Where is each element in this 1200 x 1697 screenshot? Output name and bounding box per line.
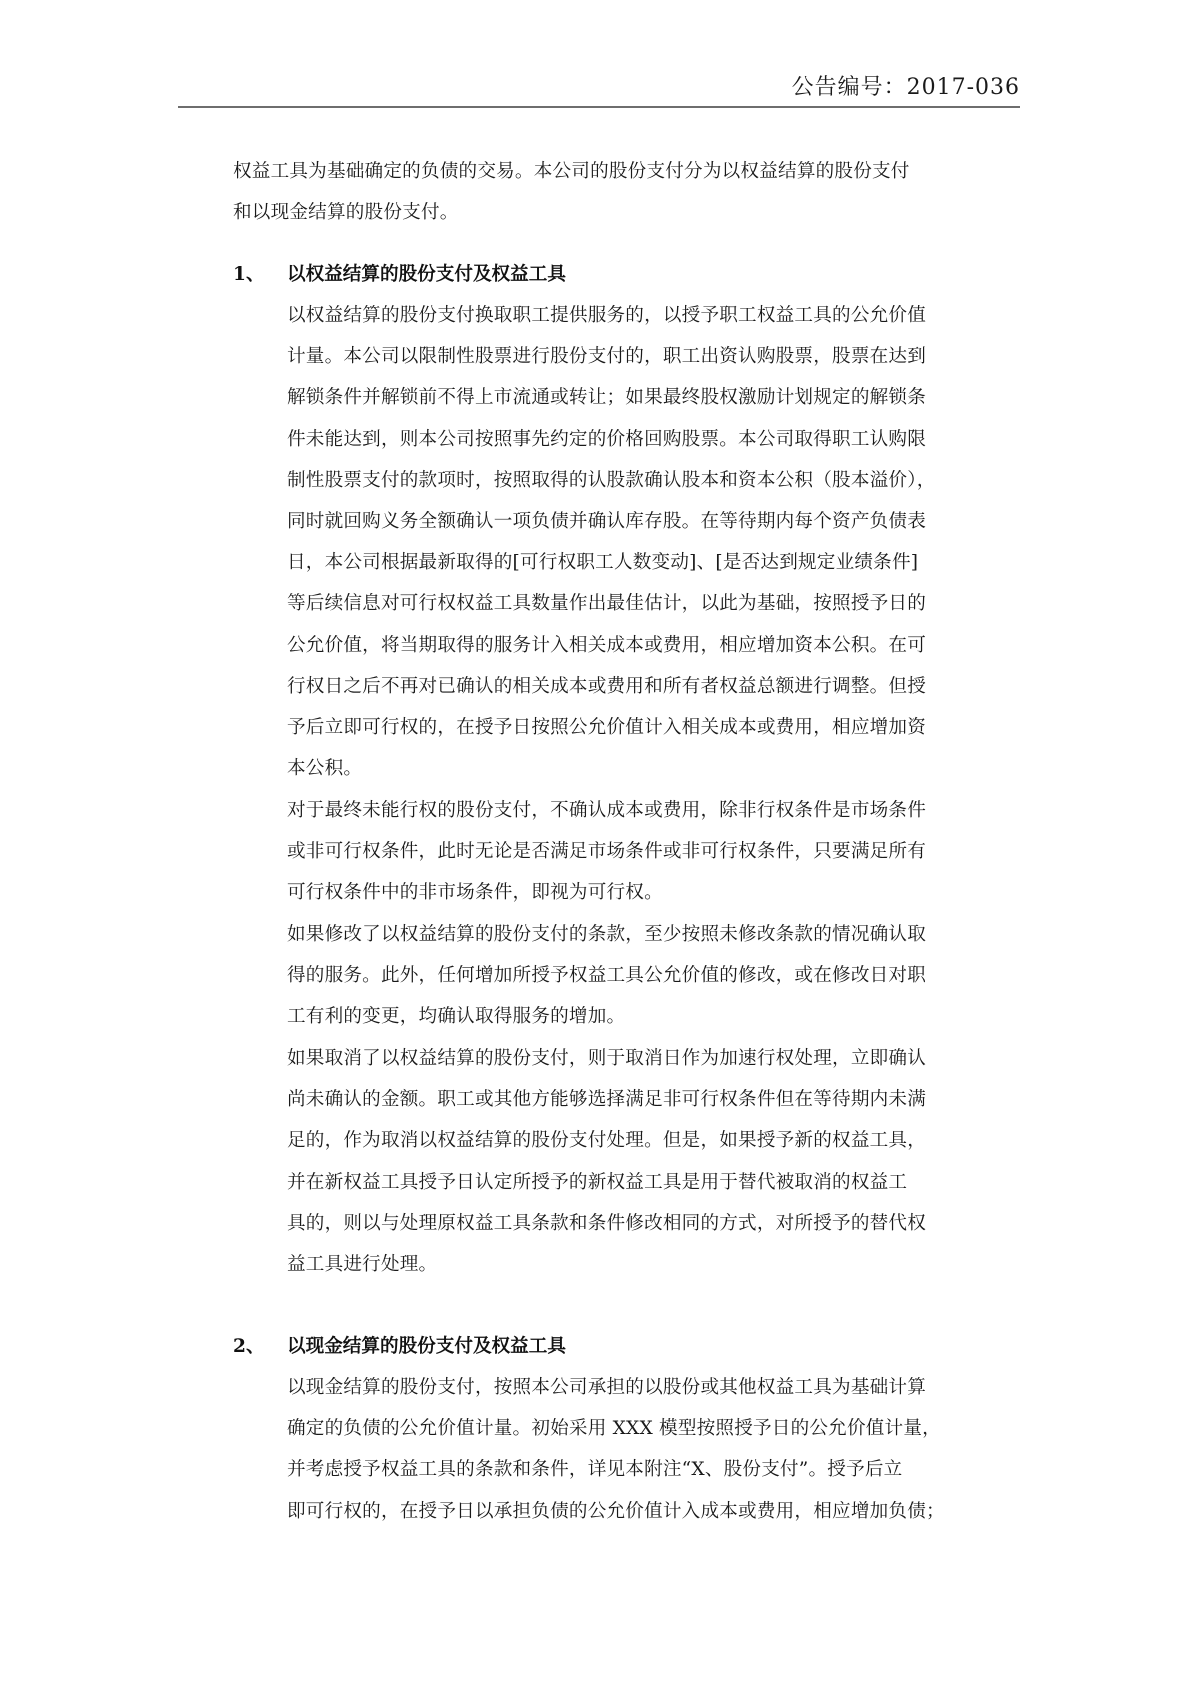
text-line: 工有利的变更，均确认取得服务的增加。 (287, 996, 1020, 1037)
text-line: 同时就回购义务全额确认一项负债并确认库存股。在等待期内每个资产负债表 (287, 501, 1020, 542)
section-1-paragraph-2: 对于最终未能行权的股份支付，不确认成本或费用，除非行权条件是市场条件 或非可行权… (287, 790, 1020, 914)
text-line: 具的，则以与处理原权益工具条款和条件修改相同的方式，对所授予的替代权 (287, 1203, 1020, 1244)
text-line: 对于最终未能行权的股份支付，不确认成本或费用，除非行权条件是市场条件 (287, 790, 1020, 831)
section-number: 2、 (233, 1326, 265, 1367)
section-2-paragraph-1: 以现金结算的股份支付，按照本公司承担的以股份或其他权益工具为基础计算 确定的负债… (287, 1367, 1020, 1532)
intro-paragraph: 权益工具为基础确定的负债的交易。本公司的股份支付分为以权益结算的股份支付 和以现… (233, 151, 1020, 233)
text-line: 制性股票支付的款项时，按照取得的认股款确认股本和资本公积（股本溢价）， (287, 460, 1020, 501)
text-line: 和以现金结算的股份支付。 (233, 192, 1020, 233)
section-1-paragraph-4: 如果取消了以权益结算的股份支付，则于取消日作为加速行权处理，立即确认 尚未确认的… (287, 1038, 1020, 1285)
text-line: 以权益结算的股份支付换取职工提供服务的，以授予职工权益工具的公允价值 (287, 295, 1020, 336)
text-line: 并考虑授予权益工具的条款和条件，详见本附注“X、股份支付”。授予后立 (287, 1449, 1020, 1490)
text-line: 可行权条件中的非市场条件，即视为可行权。 (287, 872, 1020, 913)
text-line: 予后立即可行权的，在授予日按照公允价值计入相关成本或费用，相应增加资 (287, 707, 1020, 748)
text-line: 或非可行权条件，此时无论是否满足市场条件或非可行权条件，只要满足所有 (287, 831, 1020, 872)
section-title: 以现金结算的股份支付及权益工具 (287, 1326, 566, 1367)
text-line: 日，本公司根据最新取得的[可行权职工人数变动]、[是否达到规定业绩条件] (287, 542, 1020, 583)
text-line: 等后续信息对可行权权益工具数量作出最佳估计，以此为基础，按照授予日的 (287, 583, 1020, 624)
text-line: 尚未确认的金额。职工或其他方能够选择满足非可行权条件但在等待期内未满 (287, 1079, 1020, 1120)
text-line: 得的服务。此外，任何增加所授予权益工具公允价值的修改，或在修改日对职 (287, 955, 1020, 996)
text-line: 如果取消了以权益结算的股份支付，则于取消日作为加速行权处理，立即确认 (287, 1038, 1020, 1079)
text-line: 益工具进行处理。 (287, 1244, 1020, 1285)
page-header: 公告编号：2017-036 (178, 66, 1020, 108)
text-line: 计量。本公司以限制性股票进行股份支付的，职工出资认购股票，股票在达到 (287, 336, 1020, 377)
text-line: 公允价值，将当期取得的服务计入相关成本或费用，相应增加资本公积。在可 (287, 625, 1020, 666)
text-line: 足的，作为取消以权益结算的股份支付处理。但是，如果授予新的权益工具， (287, 1120, 1020, 1161)
text-line: 行权日之后不再对已确认的相关成本或费用和所有者权益总额进行调整。但授 (287, 666, 1020, 707)
text-line: 并在新权益工具授予日认定所授予的新权益工具是用于替代被取消的权益工 (287, 1162, 1020, 1203)
text-line: 如果修改了以权益结算的股份支付的条款，至少按照未修改条款的情况确认取 (287, 914, 1020, 955)
section-1-paragraph-3: 如果修改了以权益结算的股份支付的条款，至少按照未修改条款的情况确认取 得的服务。… (287, 914, 1020, 1038)
text-line: 以现金结算的股份支付，按照本公司承担的以股份或其他权益工具为基础计算 (287, 1367, 1020, 1408)
text-line: 权益工具为基础确定的负债的交易。本公司的股份支付分为以权益结算的股份支付 (233, 151, 1020, 192)
section-1-paragraph-1: 以权益结算的股份支付换取职工提供服务的，以授予职工权益工具的公允价值 计量。本公… (287, 295, 1020, 789)
section-title: 以权益结算的股份支付及权益工具 (287, 254, 566, 295)
text-line: 即可行权的，在授予日以承担负债的公允价值计入成本或费用，相应增加负债； (287, 1491, 1020, 1532)
announcement-number: 公告编号：2017-036 (792, 70, 1020, 101)
text-line: 解锁条件并解锁前不得上市流通或转让；如果最终股权激励计划规定的解锁条 (287, 377, 1020, 418)
text-line: 件未能达到，则本公司按照事先约定的价格回购股票。本公司取得职工认购限 (287, 419, 1020, 460)
text-line: 本公积。 (287, 748, 1020, 789)
section-number: 1、 (233, 254, 265, 295)
text-line: 确定的负债的公允价值计量。初始采用 XXX 模型按照授予日的公允价值计量， (287, 1408, 1020, 1449)
